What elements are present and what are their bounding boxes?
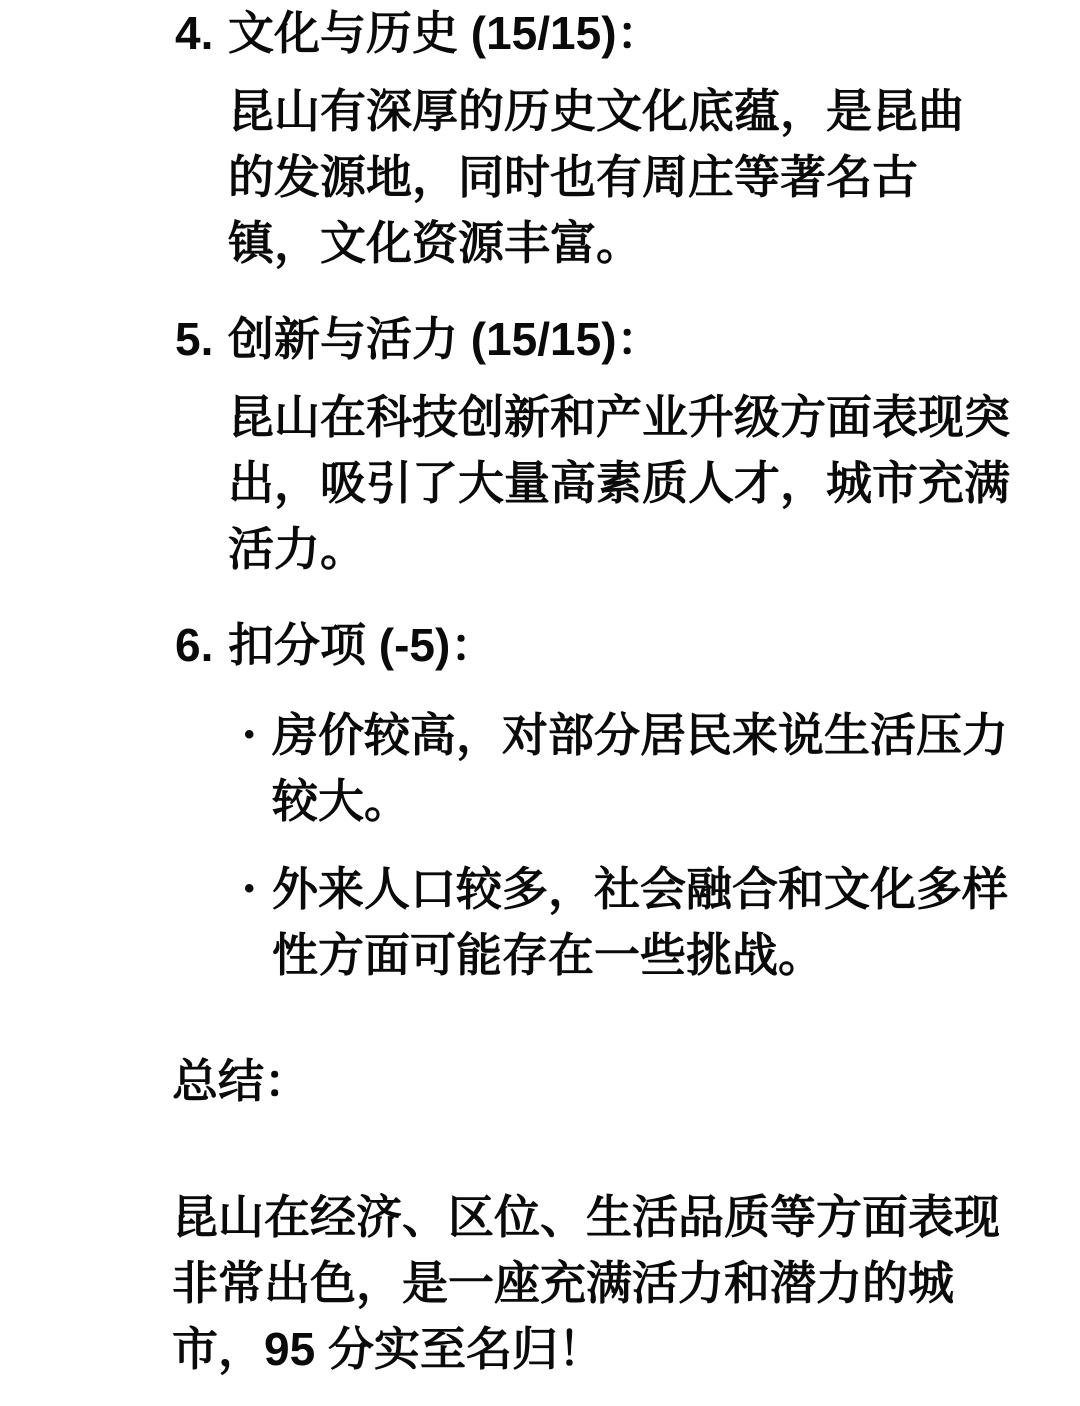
list-item-content: 创新与活力 (15/15)： 昆山在科技创新和产业升级方面表现突 出，吸引了大量… <box>228 306 1040 582</box>
list-item-5: 5. 创新与活力 (15/15)： 昆山在科技创新和产业升级方面表现突 出，吸引… <box>175 306 1040 582</box>
summary-heading: 总结： <box>172 1048 1040 1114</box>
message-text-page: 4. 文化与历史 (15/15)： 昆山有深厚的历史文化底蕴，是昆曲 的发源地，… <box>0 0 1080 1406</box>
list-item-number: 5. <box>175 306 228 372</box>
bullet-icon: • <box>244 856 272 922</box>
list-item-heading: 扣分项 (-5)： <box>228 612 1040 678</box>
list-item-heading: 文化与历史 (15/15)： <box>228 0 1040 66</box>
list-item-body: 昆山在科技创新和产业升级方面表现突 出，吸引了大量高素质人才，城市充满 活力。 <box>228 384 1040 582</box>
list-item-6: 6. 扣分项 (-5)： • 房价较高，对部分居民来说生活压力 较大。 • 外来… <box>175 612 1040 988</box>
bullet-item: • 房价较高，对部分居民来说生活压力 较大。 <box>228 702 1040 834</box>
list-item-content: 文化与历史 (15/15)： 昆山有深厚的历史文化底蕴，是昆曲 的发源地，同时也… <box>228 0 1040 276</box>
list-item-number: 6. <box>175 612 228 678</box>
bullet-text: 外来人口较多，社会融合和文化多样 性方面可能存在一些挑战。 <box>272 856 1040 988</box>
list-item-number: 4. <box>175 0 228 66</box>
list-item-heading: 创新与活力 (15/15)： <box>228 306 1040 372</box>
bullet-list: • 房价较高，对部分居民来说生活压力 较大。 • 外来人口较多，社会融合和文化多… <box>228 702 1040 988</box>
list-item-body: 昆山有深厚的历史文化底蕴，是昆曲 的发源地，同时也有周庄等著名古 镇，文化资源丰… <box>228 78 1040 276</box>
list-item-4: 4. 文化与历史 (15/15)： 昆山有深厚的历史文化底蕴，是昆曲 的发源地，… <box>175 0 1040 276</box>
bullet-text: 房价较高，对部分居民来说生活压力 较大。 <box>272 702 1040 834</box>
summary-paragraph: 昆山在经济、区位、生活品质等方面表现 非常出色，是一座充满活力和潜力的城 市，9… <box>172 1184 1040 1382</box>
ordered-list: 4. 文化与历史 (15/15)： 昆山有深厚的历史文化底蕴，是昆曲 的发源地，… <box>175 0 1040 988</box>
bullet-item: • 外来人口较多，社会融合和文化多样 性方面可能存在一些挑战。 <box>228 856 1040 988</box>
list-item-content: 扣分项 (-5)： • 房价较高，对部分居民来说生活压力 较大。 • 外来人口较… <box>228 612 1040 988</box>
bullet-icon: • <box>244 702 272 768</box>
